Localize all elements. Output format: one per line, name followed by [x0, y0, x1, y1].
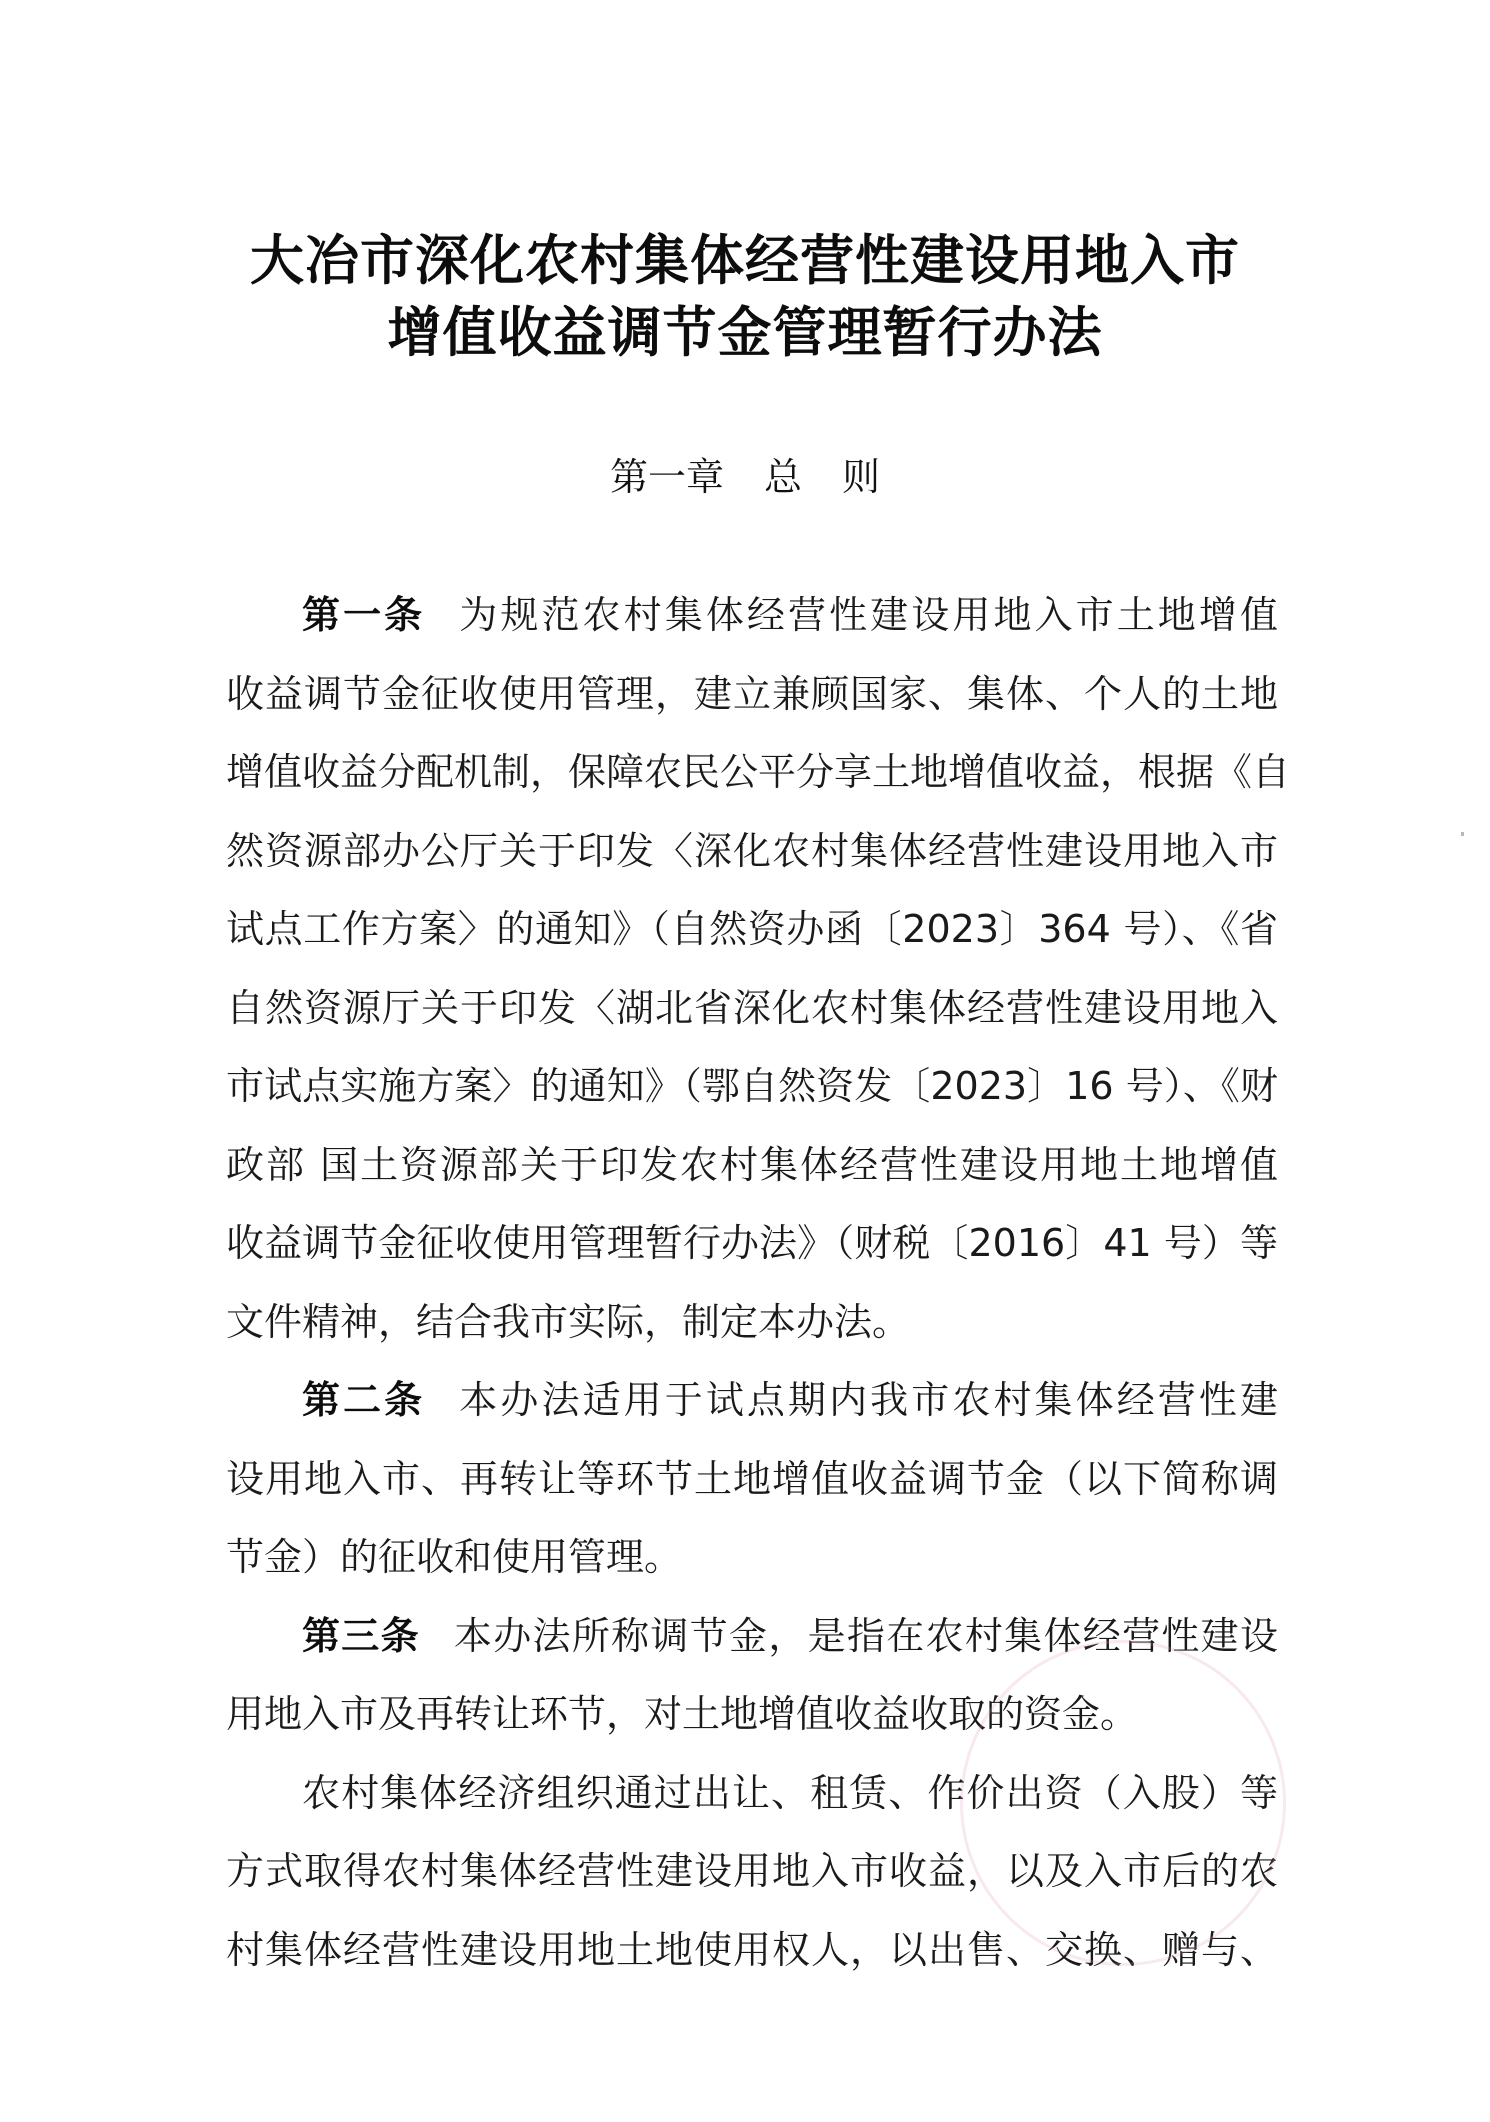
chapter-name-part-1: 总: [764, 452, 802, 502]
article-line: 政部 国土资源部关于印发农村集体经营性建设用地土地增值: [226, 1126, 1278, 1205]
article-line: 市试点实施方案〉的通知》（鄂自然资发〔2023〕16 号）、《财: [226, 1047, 1278, 1126]
paragraph-continued: 农村集体经济组织通过出让、租赁、作价出资（入股）等 方式取得农村集体经营性建设用…: [226, 1754, 1278, 1990]
article-line: 收益调节金征收使用管理，建立兼顾国家、集体、个人的土地: [226, 655, 1278, 734]
article-1: 第一条为规范农村集体经营性建设用地入市土地增值 收益调节金征收使用管理，建立兼顾…: [226, 576, 1278, 1361]
article-line: 用地入市及再转让环节，对土地增值收益收取的资金。: [226, 1675, 1278, 1754]
article-line: 收益调节金征收使用管理暂行办法》（财税〔2016〕41 号）等: [226, 1204, 1278, 1283]
document-page: 大冶市深化农村集体经营性建设用地入市 增值收益调节金管理暂行办法 第一章总则 第…: [0, 0, 1490, 2122]
chapter-name-part-2: 则: [842, 452, 880, 502]
article-line: 自然资源厅关于印发〈湖北省深化农村集体经营性建设用地入: [226, 969, 1278, 1048]
article-number: 第三条: [302, 1613, 420, 1658]
chapter-number: 第一章: [610, 452, 724, 502]
document-title-line-2: 增值收益调节金管理暂行办法: [0, 296, 1490, 368]
article-line: 增值收益分配机制，保障农民公平分享土地增值收益，根据《自: [226, 733, 1278, 812]
article-2: 第二条本办法适用于试点期内我市农村集体经营性建 设用地入市、再转让等环节土地增值…: [226, 1361, 1278, 1597]
article-line: 第一条为规范农村集体经营性建设用地入市土地增值: [226, 576, 1278, 655]
article-number: 第二条: [302, 1377, 425, 1422]
document-title-line-1: 大冶市深化农村集体经营性建设用地入市: [0, 224, 1490, 296]
article-line: 文件精神，结合我市实际，制定本办法。: [226, 1283, 1278, 1362]
chapter-heading: 第一章总则: [0, 452, 1490, 502]
article-line: 第二条本办法适用于试点期内我市农村集体经营性建: [226, 1361, 1278, 1440]
paragraph-line: 方式取得农村集体经营性建设用地入市收益，以及入市后的农: [226, 1832, 1278, 1911]
article-number: 第一条: [302, 592, 425, 637]
paragraph-line: 村集体经营性建设用地土地使用权人，以出售、交换、赠与、: [226, 1911, 1278, 1990]
paragraph-line: 农村集体经济组织通过出让、租赁、作价出资（入股）等: [226, 1754, 1278, 1833]
article-line: 第三条本办法所称调节金，是指在农村集体经营性建设: [226, 1597, 1278, 1676]
article-line: 节金）的征收和使用管理。: [226, 1518, 1278, 1597]
article-line: 然资源部办公厅关于印发〈深化农村集体经营性建设用地入市: [226, 812, 1278, 891]
article-line: 试点工作方案〉的通知》（自然资办函〔2023〕364 号）、《省: [226, 890, 1278, 969]
scan-speck: [1461, 832, 1464, 836]
article-line: 设用地入市、再转让等环节土地增值收益调节金（以下简称调: [226, 1440, 1278, 1519]
document-body: 第一条为规范农村集体经营性建设用地入市土地增值 收益调节金征收使用管理，建立兼顾…: [226, 576, 1278, 1989]
article-3: 第三条本办法所称调节金，是指在农村集体经营性建设 用地入市及再转让环节，对土地增…: [226, 1597, 1278, 1754]
